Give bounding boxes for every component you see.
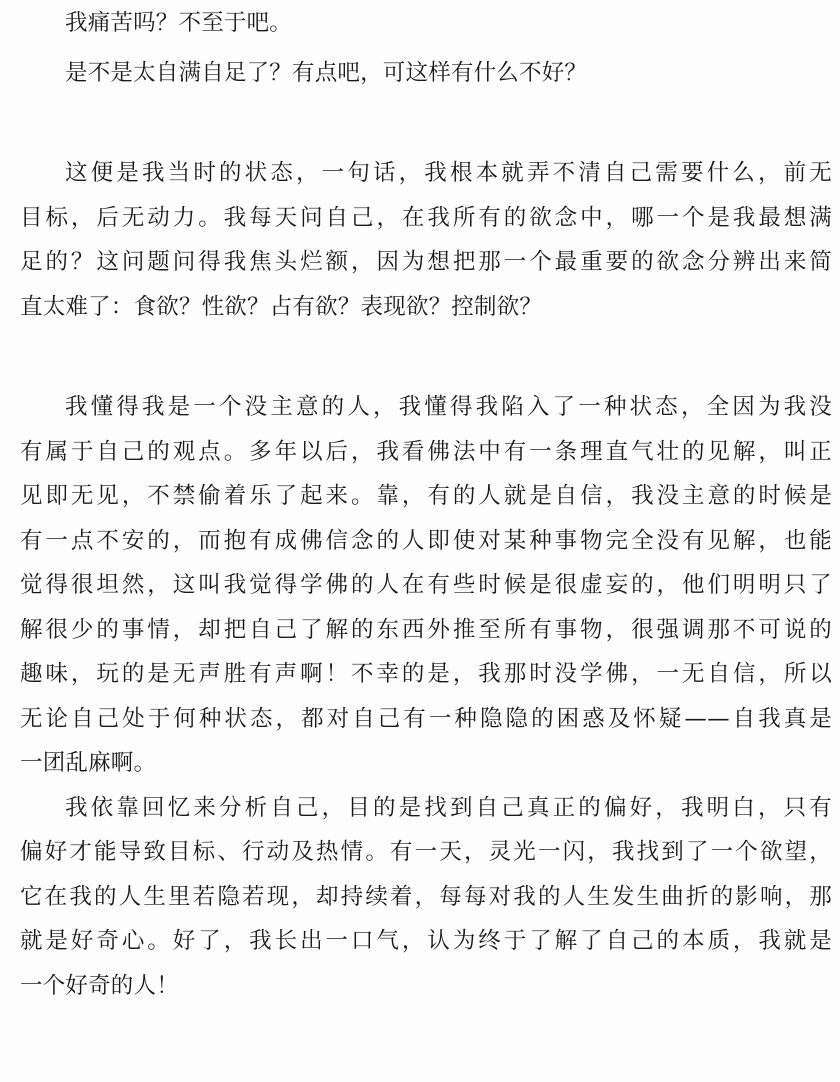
text-line: 它在我的人生里若隐若现，却持续着，每每对我的人生发生曲折的影响，那 xyxy=(20,882,832,912)
text-line: 有属于自己的观点。多年以后，我看佛法中有一条理直气壮的见解，叫正 xyxy=(20,437,832,467)
text-line: 解很少的事情，却把自己了解的东西外推至所有事物，很强调那不可说的 xyxy=(20,615,832,645)
text-line: 我懂得我是一个没主意的人，我懂得我陷入了一种状态，全因为我没 xyxy=(65,392,832,422)
text-line: 这便是我当时的状态，一句话，我根本就弄不清自己需要什么，前无 xyxy=(65,158,832,188)
text-line: 就是好奇心。好了，我长出一口气，认为终于了解了自己的本质，我就是 xyxy=(20,926,832,956)
document-page: 我痛苦吗？不至于吧。 是不是太自满自足了？有点吧，可这样有什么不好？ 这便是我当… xyxy=(0,0,840,1082)
text-line: 觉得很坦然，这叫我觉得学佛的人在有些时候是很虚妄的，他们明明只了 xyxy=(20,570,832,600)
text-line: 足的？这问题问得我焦头烂额，因为想把那一个最重要的欲念分辨出来简 xyxy=(20,247,832,277)
text-line: 趣味，玩的是无声胜有声啊！不幸的是，我那时没学佛，一无自信，所以 xyxy=(20,659,832,689)
text-line: 目标，后无动力。我每天问自己，在我所有的欲念中，哪一个是我最想满 xyxy=(20,203,832,233)
text-line: 一团乱麻啊。 xyxy=(20,748,832,778)
text-line: 无论自己处于何种状态，都对自己有一种隐隐的困惑及怀疑——自我真是 xyxy=(20,704,832,734)
text-line: 我痛苦吗？不至于吧。 xyxy=(65,8,832,38)
text-line: 直太难了：食欲？性欲？占有欲？表现欲？控制欲？ xyxy=(20,292,832,322)
text-line: 我依靠回忆来分析自己，目的是找到自己真正的偏好，我明白，只有 xyxy=(65,793,832,823)
text-line: 见即无见，不禁偷着乐了起来。靠，有的人就是自信，我没主意的时候是 xyxy=(20,481,832,511)
text-line: 有一点不安的，而抱有成佛信念的人即使对某种事物完全没有见解，也能 xyxy=(20,526,832,556)
text-line: 一个好奇的人！ xyxy=(20,971,832,1001)
text-line: 偏好才能导致目标、行动及热情。有一天，灵光一闪，我找到了一个欲望， xyxy=(20,837,832,867)
text-line: 是不是太自满自足了？有点吧，可这样有什么不好？ xyxy=(65,58,832,88)
